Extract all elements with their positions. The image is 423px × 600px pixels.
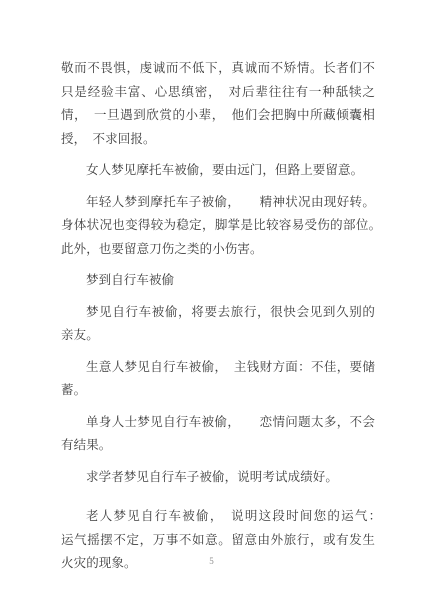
paragraph-woman-motorcycle-stolen: 女人梦见摩托车被偷，要由远门，但路上要留意。 bbox=[61, 159, 375, 183]
paragraph-young-person-motorcycle-stolen: 年轻人梦到摩托车子被偷， 精神状况由现好转。身体状况也变得较为稳定，脚掌是比较容… bbox=[61, 191, 375, 262]
paragraph-single-person-bicycle-stolen: 单身人士梦见自行车被偷， 恋情问题太多，不会有结果。 bbox=[61, 411, 375, 458]
page-number: 5 bbox=[0, 556, 423, 566]
paragraph-elders-continuation: 敬而不畏惧，虔诚而不低下，真诚而不矫情。长者们不只是经验丰富、心思缜密， 对后辈… bbox=[61, 57, 375, 151]
document-page: 敬而不畏惧，虔诚而不低下，真诚而不矫情。长者们不只是经验丰富、心思缜密， 对后辈… bbox=[0, 0, 423, 600]
paragraph-student-bicycle-stolen: 求学者梦见自行车子被偷，说明考试成绩好。 bbox=[61, 466, 375, 490]
text-block: 敬而不畏惧，虔诚而不低下，真诚而不矫情。长者们不只是经验丰富、心思缜密， 对后辈… bbox=[61, 57, 375, 584]
section-heading-bicycle-stolen: 梦到自行车被偷 bbox=[61, 269, 375, 293]
paragraph-bicycle-stolen-travel: 梦见自行车被偷，将要去旅行，很快会见到久别的亲友。 bbox=[61, 301, 375, 348]
paragraph-businessman-bicycle-stolen: 生意人梦见自行车被偷， 主钱财方面：不佳，要储蓄。 bbox=[61, 356, 375, 403]
